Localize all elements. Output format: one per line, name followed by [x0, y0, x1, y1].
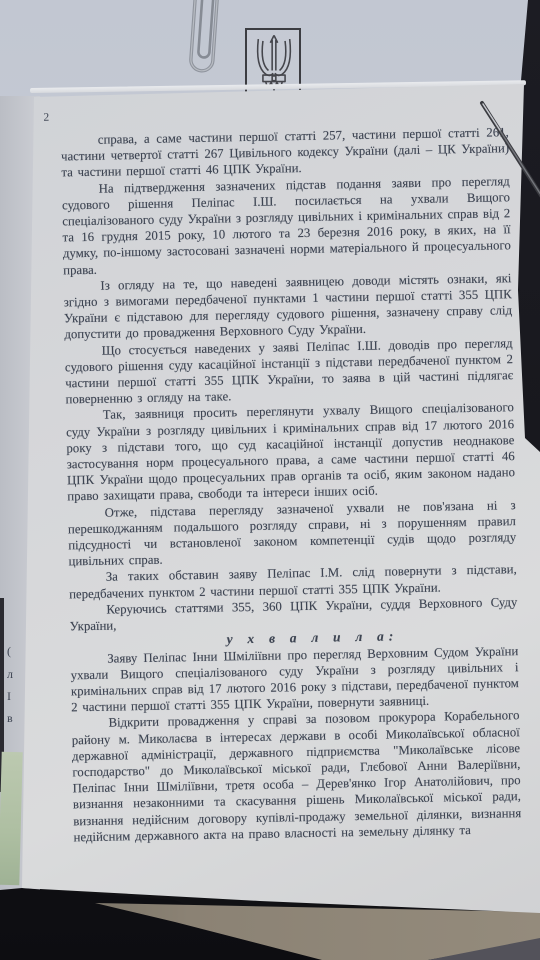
page-number: 2	[43, 110, 49, 126]
paragraph: Із огляду на те, що наведені заявницею д…	[63, 270, 512, 343]
margin-fragment: (	[7, 645, 11, 657]
page-content: 2 справа, а саме частини першої статті 2…	[30, 87, 540, 896]
paperclip-icon	[177, 0, 234, 94]
paragraph: Так, заявниця просить переглянути ухвалу…	[66, 400, 516, 505]
paragraph: На підтвердження зазначених підстав пода…	[62, 173, 512, 278]
document-page: 2 справа, а саме частини першої статті 2…	[0, 0, 540, 960]
paragraph: справа, а саме частини першої статті 257…	[61, 124, 510, 181]
photo-of-court-ruling: ( л І в 2 справа, а саме частини першої …	[0, 0, 540, 960]
paragraph: Отже, підстава перегляду зазначеної ухва…	[68, 497, 517, 570]
margin-fragment: л	[7, 668, 13, 680]
paragraph: Заяву Пеліпас Інни Шміліївни про перегля…	[70, 643, 519, 716]
paragraph: Відкрити провадження у справі за позовом…	[71, 707, 521, 845]
green-paper-strip	[0, 752, 23, 886]
paragraph: Що стосується наведених у заяві Пеліпас …	[65, 335, 514, 408]
margin-fragment: І	[7, 690, 11, 702]
margin-fragment: в	[7, 712, 13, 724]
